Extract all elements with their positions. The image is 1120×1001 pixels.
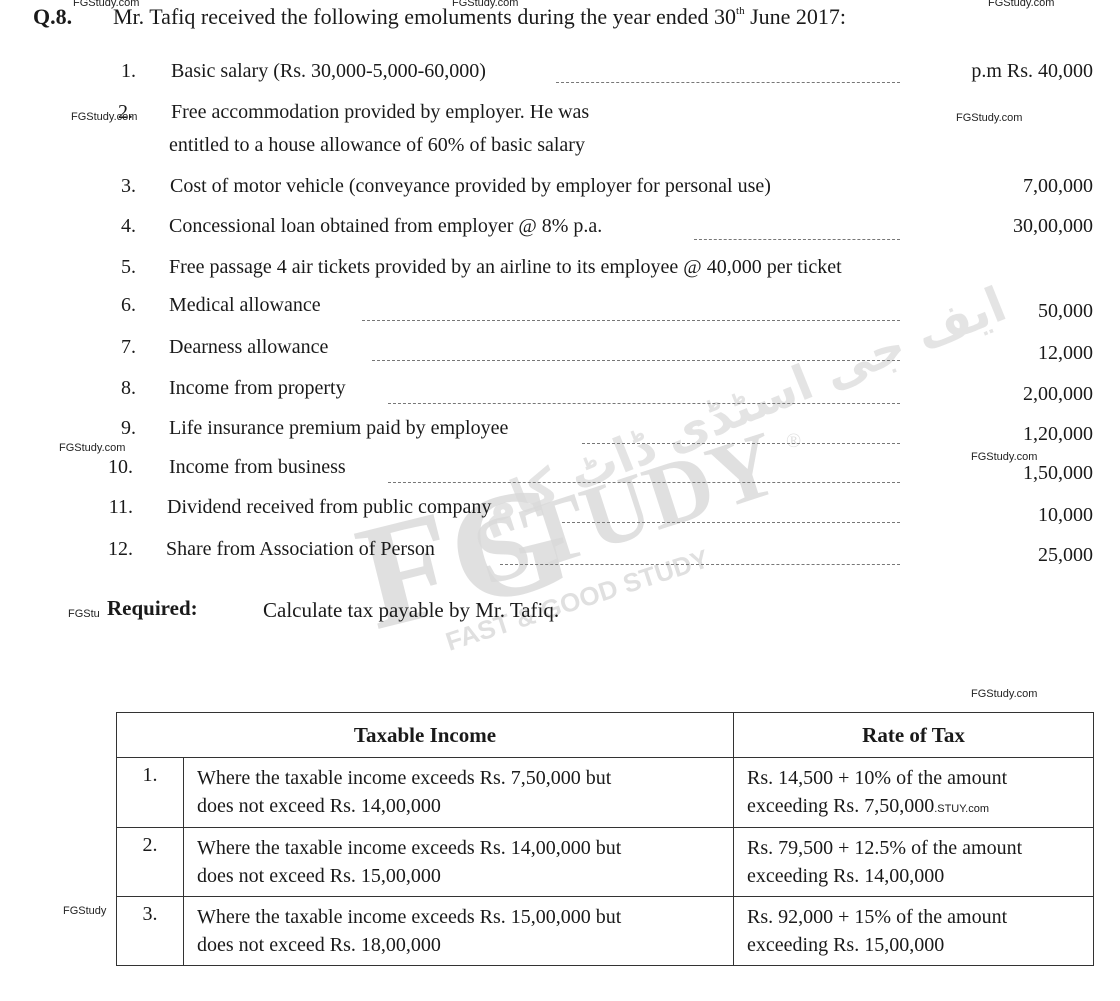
item-description: Dividend received from public company bbox=[167, 496, 491, 519]
item-number: 12. bbox=[88, 538, 133, 561]
item-description: Cost of motor vehicle (conveyance provid… bbox=[170, 175, 771, 198]
item-value: 1,20,000 bbox=[1023, 423, 1093, 446]
rate-of-tax-cell: Rs. 92,000 + 15% of the amountexceeding … bbox=[734, 897, 1094, 966]
column-header-rate-of-tax: Rate of Tax bbox=[734, 713, 1094, 758]
leader-dots bbox=[362, 320, 900, 321]
list-item: 2. Free accommodation provided by employ… bbox=[0, 101, 1120, 131]
table-row: 3. Where the taxable income exceeds Rs. … bbox=[117, 897, 1094, 966]
item-number: 4. bbox=[96, 215, 136, 238]
item-number: 6. bbox=[96, 294, 136, 317]
leader-dots bbox=[500, 564, 900, 565]
site-watermark: FGStudy.com bbox=[971, 688, 1037, 700]
list-item: 6. Medical allowance 50,000 bbox=[0, 294, 1120, 324]
list-item: 10. Income from business 1,50,000 bbox=[0, 456, 1120, 486]
leader-dots bbox=[562, 522, 900, 523]
item-value: 2,00,000 bbox=[1023, 383, 1093, 406]
row-number: 1. bbox=[117, 758, 184, 828]
item-description: Income from business bbox=[169, 456, 346, 479]
item-value: p.m Rs. 40,000 bbox=[971, 60, 1093, 83]
taxable-income-cell: Where the taxable income exceeds Rs. 7,5… bbox=[184, 758, 734, 828]
required-text: Calculate tax payable by Mr. Tafiq. bbox=[263, 598, 559, 623]
item-description: Share from Association of Person bbox=[166, 538, 435, 561]
item-number: 5. bbox=[96, 256, 136, 279]
list-item: 7. Dearness allowance 12,000 bbox=[0, 336, 1120, 366]
item-number: 9. bbox=[96, 417, 136, 440]
item-value: 7,00,000 bbox=[1023, 175, 1093, 198]
item-number: 3. bbox=[96, 175, 136, 198]
item-number: 11. bbox=[88, 496, 133, 519]
list-item: 9. Life insurance premium paid by employ… bbox=[0, 417, 1120, 447]
table-row: 2. Where the taxable income exceeds Rs. … bbox=[117, 828, 1094, 897]
site-watermark: FGStu bbox=[68, 608, 100, 620]
tax-rate-table: Taxable Income Rate of Tax 1. Where the … bbox=[116, 712, 1094, 966]
item-description: Free accommodation provided by employer.… bbox=[171, 101, 589, 124]
item-number: 10. bbox=[88, 456, 133, 479]
required-label: Required: bbox=[107, 596, 198, 621]
list-item: 3. Cost of motor vehicle (conveyance pro… bbox=[0, 175, 1120, 205]
list-item: 8. Income from property 2,00,000 bbox=[0, 377, 1120, 407]
item-description: Basic salary (Rs. 30,000-5,000-60,000) bbox=[171, 60, 486, 83]
item-number: 8. bbox=[96, 377, 136, 400]
question-text: Mr. Tafiq received the following emolume… bbox=[113, 4, 846, 30]
item-description: Dearness allowance bbox=[169, 336, 328, 359]
item-description: Free passage 4 air tickets provided by a… bbox=[169, 256, 842, 279]
question-number: Q.8. bbox=[33, 4, 72, 30]
site-watermark: FGStudy bbox=[63, 905, 106, 917]
item-number: 2. bbox=[93, 101, 133, 124]
item-description: Concessional loan obtained from employer… bbox=[169, 215, 602, 238]
item-value: 1,50,000 bbox=[1023, 462, 1093, 485]
list-item: 1. Basic salary (Rs. 30,000-5,000-60,000… bbox=[0, 60, 1120, 90]
item-number: 7. bbox=[96, 336, 136, 359]
item-value: 25,000 bbox=[1038, 544, 1093, 567]
item-value: 50,000 bbox=[1038, 300, 1093, 323]
rate-of-tax-cell: Rs. 14,500 + 10% of the amountexceeding … bbox=[734, 758, 1094, 828]
list-item: 5. Free passage 4 air tickets provided b… bbox=[0, 256, 1120, 286]
row-number: 2. bbox=[117, 828, 184, 897]
leader-dots bbox=[694, 239, 900, 240]
leader-dots bbox=[388, 482, 900, 483]
item-value: 10,000 bbox=[1038, 504, 1093, 527]
item-description: Life insurance premium paid by employee bbox=[169, 417, 508, 440]
column-header-taxable-income: Taxable Income bbox=[117, 713, 734, 758]
list-item-continuation: entitled to a house allowance of 60% of … bbox=[0, 134, 1120, 164]
item-description: Income from property bbox=[169, 377, 346, 400]
leader-dots bbox=[582, 443, 900, 444]
leader-dots bbox=[388, 403, 900, 404]
leader-dots bbox=[372, 360, 900, 361]
leader-dots bbox=[556, 82, 900, 83]
item-description: Medical allowance bbox=[169, 294, 321, 317]
item-number: 1. bbox=[96, 60, 136, 83]
list-item: 12. Share from Association of Person 25,… bbox=[0, 538, 1120, 568]
list-item: 11. Dividend received from public compan… bbox=[0, 496, 1120, 526]
item-value: 30,00,000 bbox=[1013, 215, 1093, 238]
row-number: 3. bbox=[117, 897, 184, 966]
table-header-row: Taxable Income Rate of Tax bbox=[117, 713, 1094, 758]
taxable-income-cell: Where the taxable income exceeds Rs. 14,… bbox=[184, 828, 734, 897]
item-description: entitled to a house allowance of 60% of … bbox=[169, 134, 585, 157]
table-row: 1. Where the taxable income exceeds Rs. … bbox=[117, 758, 1094, 828]
taxable-income-cell: Where the taxable income exceeds Rs. 15,… bbox=[184, 897, 734, 966]
site-watermark: FGStudy.com bbox=[988, 0, 1054, 9]
list-item: 4. Concessional loan obtained from emplo… bbox=[0, 215, 1120, 245]
item-value: 12,000 bbox=[1038, 342, 1093, 365]
site-watermark: .STUY.com bbox=[934, 803, 989, 815]
rate-of-tax-cell: Rs. 79,500 + 12.5% of the amountexceedin… bbox=[734, 828, 1094, 897]
